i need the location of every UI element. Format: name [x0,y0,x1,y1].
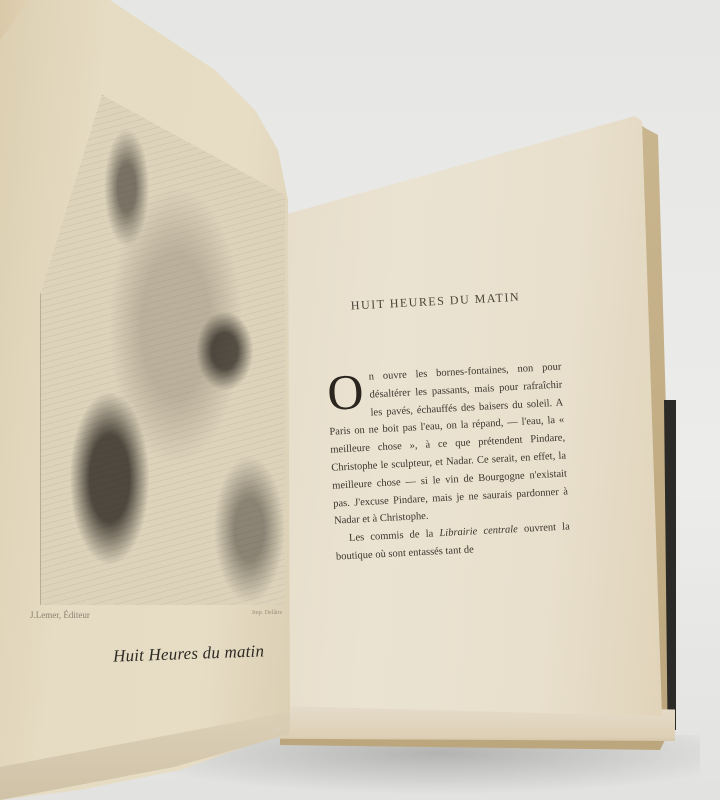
paragraph-2-text-a: Les commis de la [349,528,440,544]
paragraph-1: On ouvre les bornes-fontaines, non pour … [326,359,569,531]
plate-printer-credit: Imp. Delâtre [252,610,282,616]
paragraph-2-italic: Librairie centrale [439,524,518,539]
drop-cap: O [326,371,364,413]
book-photo: J.Lemer, Éditeur Imp. Delâtre Huit Heure… [0,0,720,800]
right-page-text: Huit Heures du Matin On ouvre les bornes… [322,278,571,567]
plate-publisher-credit: J.Lemer, Éditeur [30,610,90,620]
paragraph-1-text: n ouvre les bornes-fontaines, non pour d… [329,362,568,527]
chapter-body: On ouvre les bornes-fontaines, non pour … [326,359,571,567]
chapter-title: Huit Heures du Matin [350,288,558,314]
